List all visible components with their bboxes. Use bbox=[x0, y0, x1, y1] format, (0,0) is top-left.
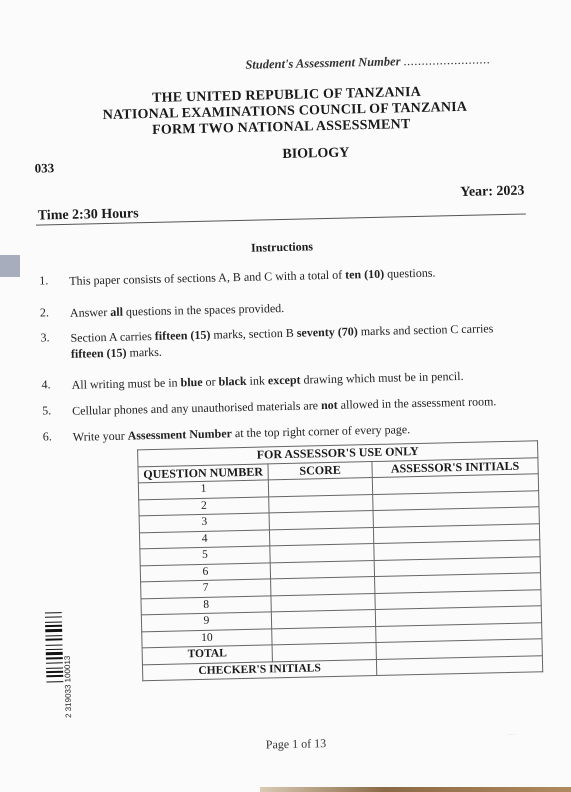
barcode: 2 319033 100013 bbox=[45, 610, 75, 721]
exam-year: Year: 2023 bbox=[460, 184, 525, 201]
instruction-text: This paper consists of sections A, B and… bbox=[69, 263, 519, 289]
instruction-number: 5. bbox=[42, 403, 72, 419]
instruction-item: 2.Answer all questions in the spaces pro… bbox=[40, 295, 520, 322]
instruction-text: Cellular phones and any unauthorised mat… bbox=[72, 393, 522, 419]
instruction-item: 4.All writing must be in blue or black i… bbox=[41, 367, 521, 394]
subject-title: BIOLOGY bbox=[282, 145, 349, 163]
instruction-text: Section A carries fifteen (15) marks, se… bbox=[70, 320, 521, 362]
student-assessment-number: Student's Assessment Number ............… bbox=[245, 52, 491, 73]
assessor-table: FOR ASSESSOR'S USE ONLY QUESTION NUMBER … bbox=[137, 440, 543, 681]
instruction-text: All writing must be in blue or black ink… bbox=[71, 367, 521, 393]
student-number-label: Student's Assessment Number bbox=[245, 54, 400, 72]
instruction-item: 5.Cellular phones and any unauthorised m… bbox=[42, 393, 522, 420]
barcode-number: 2 319033 100013 bbox=[63, 655, 73, 718]
footer-stamp: ····· bbox=[508, 733, 516, 738]
page-number: Page 1 of 13 bbox=[266, 736, 327, 752]
instruction-item: 1.This paper consists of sections A, B a… bbox=[39, 263, 519, 290]
scan-edge bbox=[260, 787, 571, 792]
instruction-number: 3. bbox=[40, 330, 70, 346]
instructions-title: Instructions bbox=[0, 234, 568, 262]
instruction-number: 6. bbox=[43, 429, 73, 445]
subject-code: 033 bbox=[35, 160, 55, 176]
student-number-field[interactable]: ........................ bbox=[403, 52, 490, 68]
exam-cover-page: Student's Assessment Number ............… bbox=[0, 0, 571, 792]
instruction-text: Write your Assessment Number at the top … bbox=[73, 419, 523, 445]
instruction-number: 1. bbox=[39, 273, 69, 289]
instruction-item: 3.Section A carries fifteen (15) marks, … bbox=[40, 320, 521, 363]
instruction-number: 4. bbox=[41, 377, 71, 393]
instruction-text: Answer all questions in the spaces provi… bbox=[70, 295, 520, 321]
instructions-list: 1.This paper consists of sections A, B a… bbox=[0, 0, 562, 7]
scan-tab-mark bbox=[0, 255, 20, 277]
checker-initials-cell[interactable] bbox=[376, 655, 542, 675]
instruction-number: 2. bbox=[40, 305, 70, 321]
